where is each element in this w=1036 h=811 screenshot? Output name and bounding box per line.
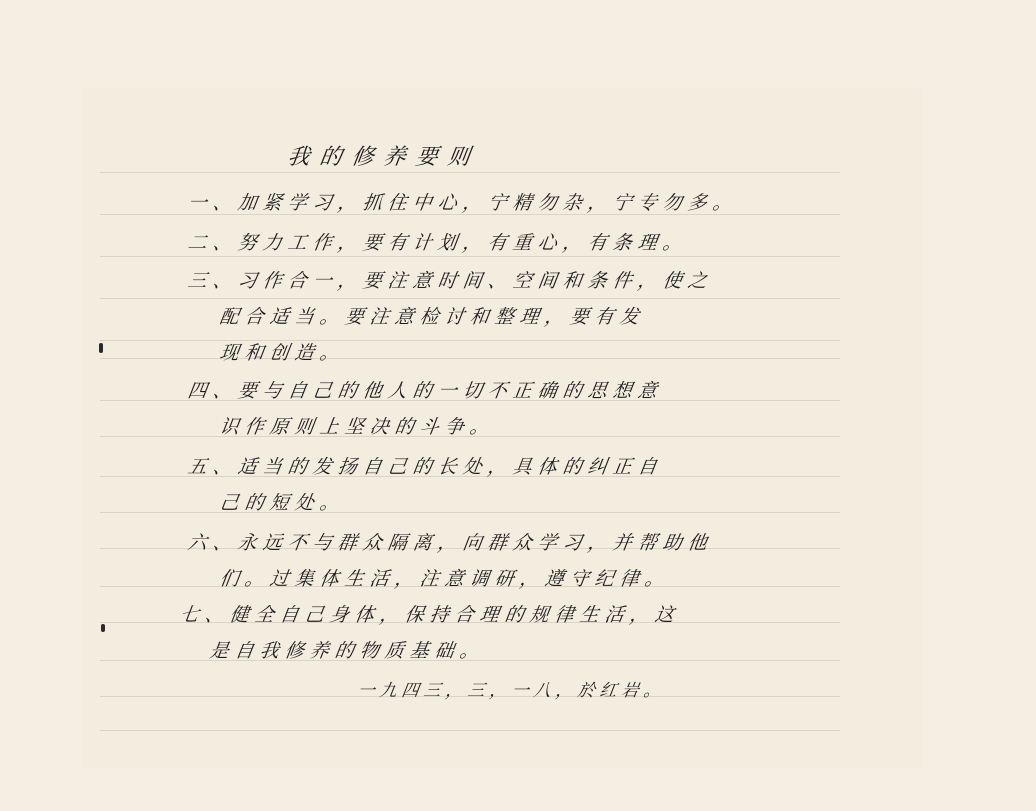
binding-mark <box>101 624 105 632</box>
handwritten-line: 五、适当的发扬自己的长处，具体的纠正自 <box>186 452 665 479</box>
handwritten-line: 现和创造。 <box>218 338 347 365</box>
binding-mark <box>99 343 103 353</box>
handwritten-line: 二、努力工作，要有计划，有重心，有条理。 <box>186 228 690 255</box>
handwritten-line: 是自我修养的物质基础。 <box>208 636 487 663</box>
handwritten-line: 七、健全自己身体，保持合理的规律生活，这 <box>178 600 682 627</box>
ruled-line <box>100 730 840 731</box>
handwritten-line: 四、要与自己的他人的一切不正确的思想意 <box>186 376 665 403</box>
ruled-line <box>100 172 840 173</box>
ruled-line <box>100 298 840 299</box>
handwritten-line: 己的短处。 <box>218 488 347 515</box>
handwritten-line: 六、永远不与群众隔离，向群众学习，并帮助他 <box>186 528 715 555</box>
ruled-line <box>100 358 840 359</box>
handwritten-line: 识作原则上坚决的斗争。 <box>218 412 497 439</box>
document-title: 我的修养要则 <box>286 140 482 171</box>
ruled-line <box>100 340 840 341</box>
handwritten-line: 三、习作合一，要注意时间、空间和条件，使之 <box>186 266 715 293</box>
ruled-line <box>100 256 840 257</box>
ruled-line <box>100 512 840 513</box>
handwritten-line: 一、加紧学习，抓住中心，宁精勿杂，宁专勿多。 <box>186 188 740 215</box>
handwritten-line: 们。过集体生活，注意调研，遵守纪律。 <box>218 564 672 591</box>
signature-date: 一九四三，三，一八，於红岩。 <box>356 676 668 701</box>
handwritten-line: 配合适当。要注意检讨和整理，要有发 <box>218 302 647 329</box>
